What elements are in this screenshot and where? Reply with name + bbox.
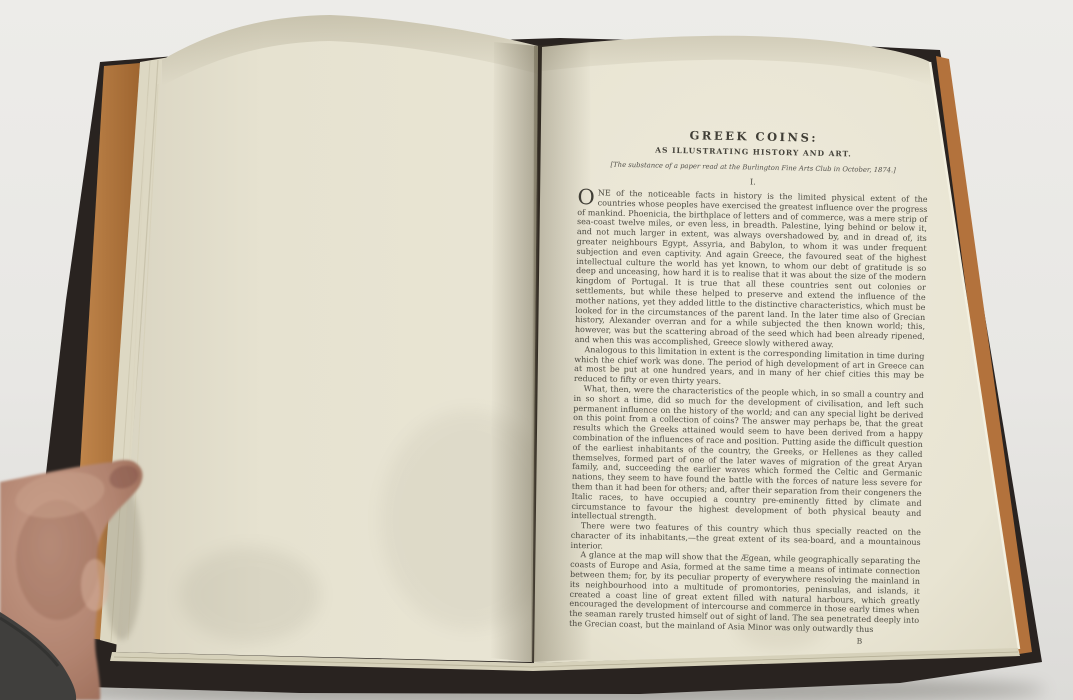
body-paragraph: Analogous to this limitation in extent i…	[574, 345, 925, 391]
paragraph-text: NE of the noticeable facts in history is…	[575, 188, 928, 349]
body-paragraph: A glance at the map will show that the Æ…	[569, 550, 921, 635]
printed-page: GREEK COINS: AS ILLUSTRATING HISTORY AND…	[569, 126, 929, 647]
page-subtitle: AS ILLUSTRATING HISTORY AND ART.	[578, 144, 928, 160]
section-numeral: I.	[578, 174, 928, 190]
thumb-highlight	[81, 559, 109, 611]
body-paragraph: What, then, were the characteristics of …	[571, 384, 924, 528]
book-photo: GREEK COINS: AS ILLUSTRATING HISTORY AND…	[0, 0, 1073, 700]
body-paragraph: ONE of the noticeable facts in history i…	[575, 188, 928, 352]
drop-cap: O	[577, 188, 598, 206]
body-text: ONE of the noticeable facts in history i…	[569, 188, 928, 636]
page-attribution: [The substance of a paper read at the Bu…	[578, 160, 928, 175]
page-smudge	[180, 547, 320, 643]
gutter-shadow-left	[490, 42, 538, 662]
